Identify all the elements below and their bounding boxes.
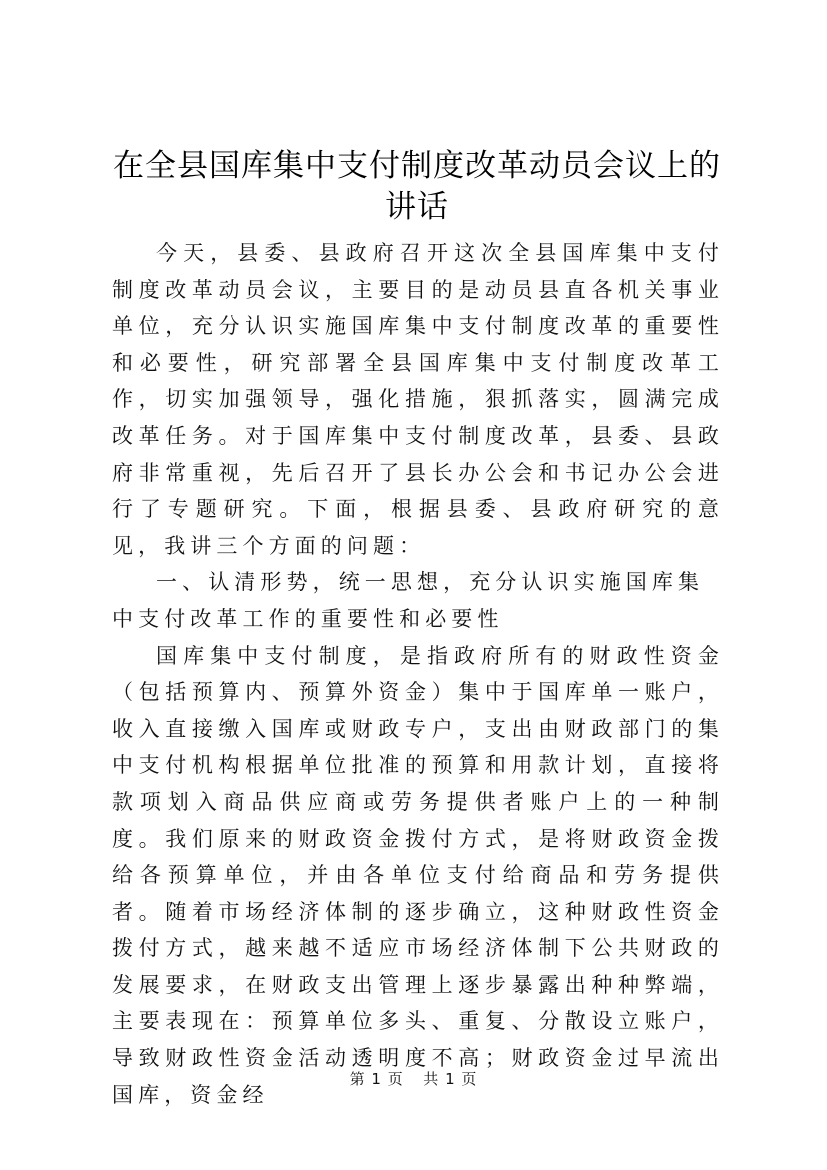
- page-footer: 第 1 页 共 1 页: [0, 1068, 827, 1089]
- paragraph-treasury-definition: 国库集中支付制度，是指政府所有的财政性资金（包括预算内、预算外资金）集中于国库单…: [112, 638, 724, 1114]
- total-prefix: 共: [423, 1068, 439, 1089]
- total-suffix: 页: [461, 1068, 477, 1089]
- total-pages-number: 1: [445, 1070, 456, 1088]
- section-heading-1: 一、认清形势，统一思想，充分认识实施国库集中支付改革工作的重要性和必要性: [112, 564, 724, 637]
- page-suffix: 页: [388, 1068, 404, 1089]
- document-title: 在全县国库集中支付制度改革动员会议上的讲话: [108, 146, 726, 228]
- document-page: 在全县国库集中支付制度改革动员会议上的讲话 今天，县委、县政府召开这次全县国库集…: [0, 0, 827, 1170]
- document-body: 今天，县委、县政府召开这次全县国库集中支付制度改革动员会议，主要目的是动员县直各…: [112, 235, 724, 1113]
- paragraph-intro: 今天，县委、县政府召开这次全县国库集中支付制度改革动员会议，主要目的是动员县直各…: [112, 235, 724, 564]
- current-page-number: 1: [371, 1070, 382, 1088]
- page-prefix: 第: [350, 1068, 366, 1089]
